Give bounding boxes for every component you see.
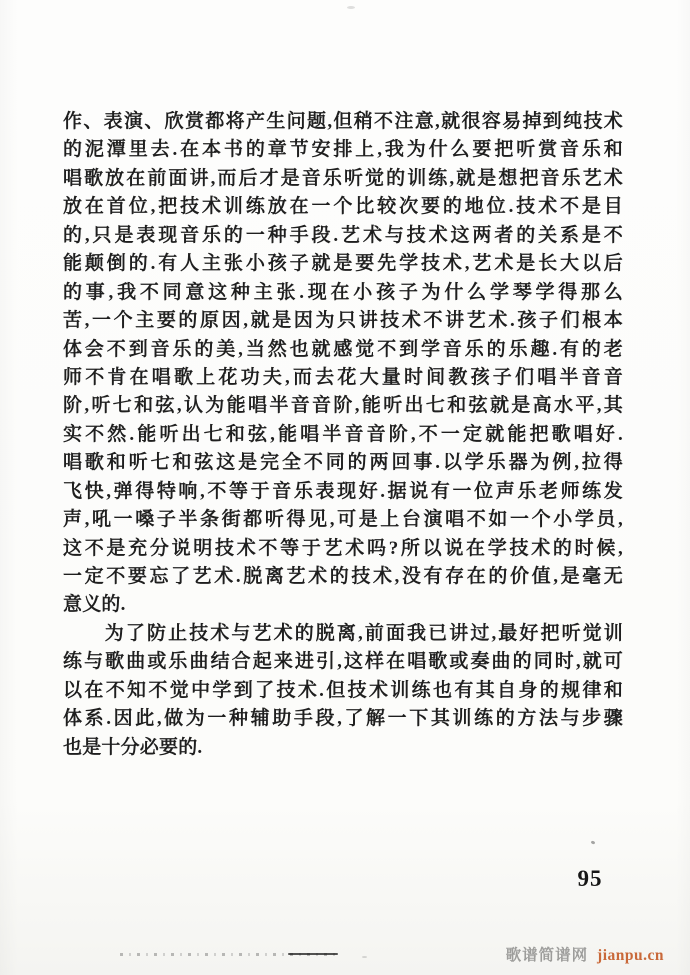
text-line: 师不肯在唱歌上花功夫,而去花大量时间教孩子们唱半音音 (63, 364, 623, 392)
page-number: 95 (566, 866, 614, 892)
book-page: 作、表演、欣赏都将产生问题,但稍不注意,就很容易掉到纯技术的泥潭里去.在本书的章… (0, 0, 690, 975)
text-line: 阶,听七和弦,认为能唱半音音阶,能听出七和弦就是高水平,其 (63, 392, 623, 420)
scan-speck (362, 956, 367, 958)
text-line: 练与歌曲或乐曲结合起来进引,这样在唱歌或奏曲的同时,就可 (63, 648, 623, 676)
text-line: 声,吼一嗓子半条街都听得见,可是上台演唱不如一个小学员, (63, 506, 623, 534)
text-line: 一定不要忘了艺术.脱离艺术的技术,没有存在的价值,是毫无 (63, 563, 623, 591)
text-line: 苦,一个主要的原因,就是因为只讲技术不讲艺术.孩子们根本 (63, 307, 623, 335)
watermark-site-name: 歌谱简谱网 (506, 947, 589, 964)
text-line: 唱歌放在前面讲,而后才是音乐听觉的训练,就是想把音乐艺术 (63, 165, 623, 193)
scan-speck (347, 6, 355, 9)
scan-speck (591, 840, 596, 844)
text-line: 这不是充分说明技术不等于艺术吗?所以说在学技术的时候, (63, 535, 623, 563)
text-line: 以在不知不觉中学到了技术.但技术训练也有其自身的规律和 (63, 677, 623, 705)
text-line: 也是十分必要的. (63, 734, 623, 762)
page-text: 作、表演、欣赏都将产生问题,但稍不注意,就很容易掉到纯技术的泥潭里去.在本书的章… (63, 108, 623, 762)
scan-artifact-line (120, 953, 340, 956)
watermark-site-url: jianpu.cn (597, 947, 664, 964)
text-line: 的泥潭里去.在本书的章节安排上,我为什么要把听赏音乐和 (63, 136, 623, 164)
text-line: 意义的. (63, 591, 623, 619)
text-line: 能颠倒的.有人主张小孩子就是要先学技术,艺术是长大以后 (63, 250, 623, 278)
text-line: 作、表演、欣赏都将产生问题,但稍不注意,就很容易掉到纯技术 (63, 108, 623, 136)
text-line: 体系.因此,做为一种辅助手段,了解一下其训练的方法与步骤 (63, 705, 623, 733)
text-line: 飞快,弹得特响,不等于音乐表现好.据说有一位声乐老师练发 (63, 478, 623, 506)
watermark: 歌谱简谱网 jianpu.cn (506, 943, 664, 965)
text-line: 体会不到音乐的美,当然也就感觉不到学音乐的乐趣.有的老 (63, 336, 623, 364)
text-line: 放在首位,把技术训练放在一个比较次要的地位.技术不是目 (63, 193, 623, 221)
text-line: 的,只是表现音乐的一种手段.艺术与技术这两者的关系是不 (63, 222, 623, 250)
text-line: 唱歌和听七和弦这是完全不同的两回事.以学乐器为例,拉得 (63, 449, 623, 477)
text-line: 的事,我不同意这种主张.现在小孩子为什么学琴学得那么 (63, 279, 623, 307)
text-line: 实不然.能听出七和弦,能唱半音音阶,不一定就能把歌唱好. (63, 421, 623, 449)
scan-artifact-dark-segment (288, 953, 338, 955)
text-line: 为了防止技术与艺术的脱离,前面我已讲过,最好把听觉训 (63, 620, 623, 648)
